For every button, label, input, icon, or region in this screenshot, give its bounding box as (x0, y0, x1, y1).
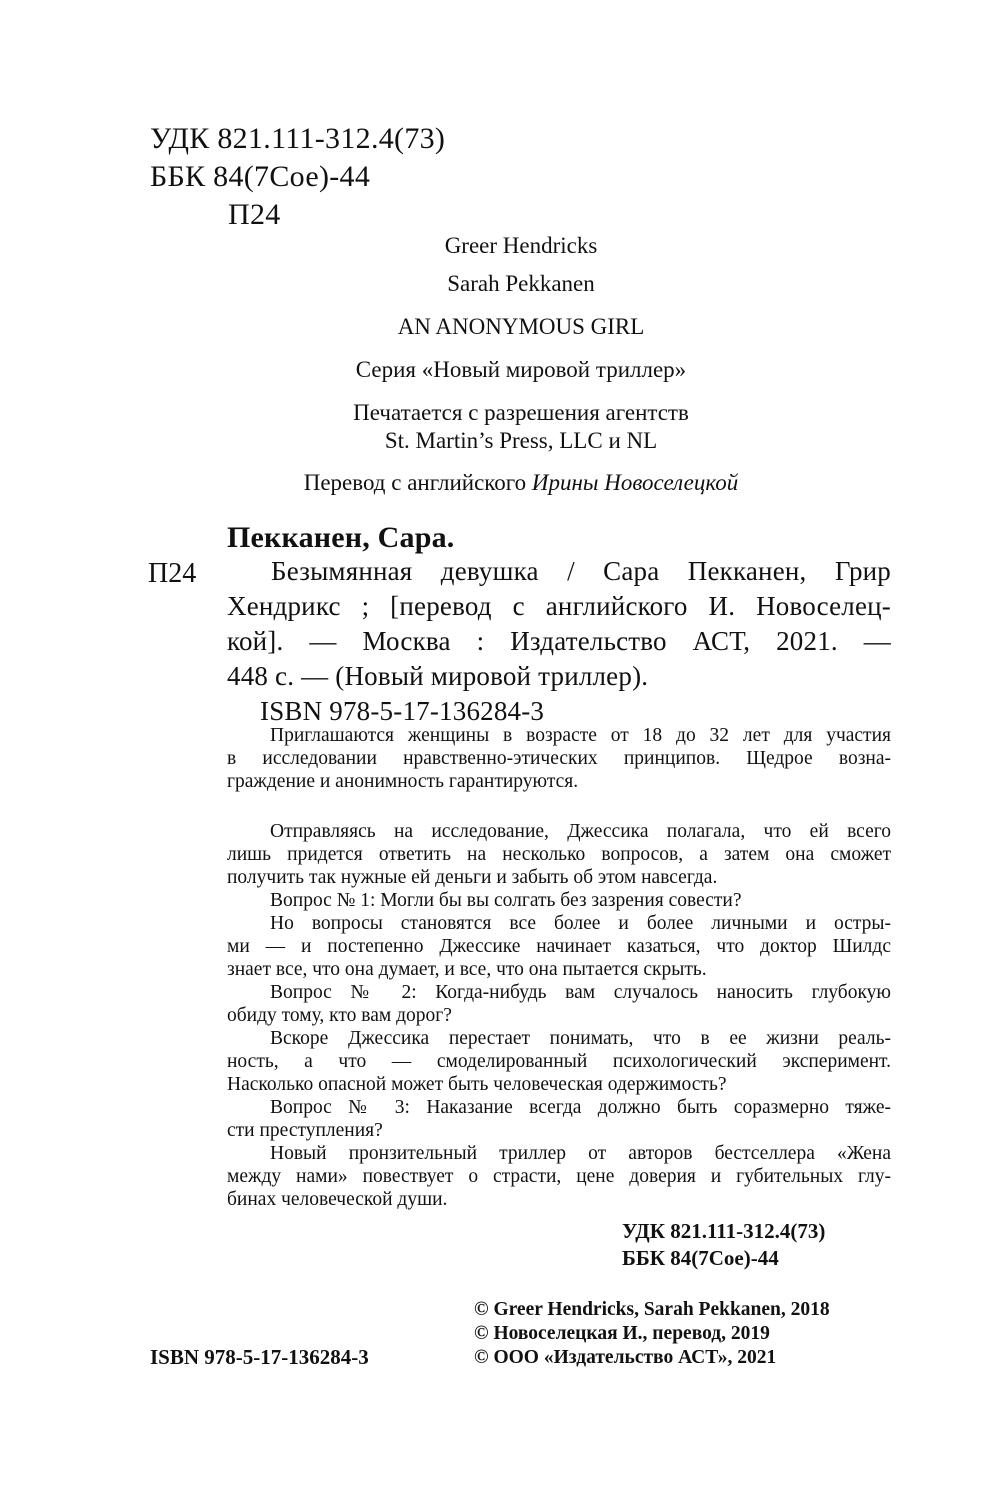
original-title: AN ANONYMOUS GIRL (230, 313, 812, 341)
annotation-line: в исследовании нравственно-этических при… (227, 747, 891, 770)
annotation-line: между нами» повествует о страсти, цене д… (227, 1165, 891, 1188)
annotation-line: Приглашаются женщины в возрасте от 18 до… (227, 724, 891, 747)
bib-line: кой]. — Москва : Издательство АСТ, 2021.… (227, 624, 891, 659)
copyright-2: © Новоселецкая И., перевод, 2019 (474, 1322, 770, 1346)
annotation-line: ность, а что — смоделированный психологи… (227, 1050, 891, 1073)
author-2: Sarah Pekkanen (230, 270, 812, 298)
annotation-line: бинах человеческой души. (227, 1188, 891, 1211)
footer-udk: УДК 821.111-312.4(73) (622, 1218, 825, 1245)
annotation-line: получить так нужные ей деньги и забыть о… (227, 866, 891, 889)
annotation-line: Новый пронзительный триллер от авторов б… (227, 1142, 891, 1165)
translator-name: Ирины Новоселецкой (532, 470, 738, 495)
footer-bbk: ББК 84(7Сое)-44 (622, 1245, 779, 1272)
bib-line: Безымянная девушка / Сара Пекканен, Грир (227, 554, 891, 589)
annotation-line: Насколько опасной может быть человеческа… (227, 1073, 891, 1096)
annotation-line: Вопрос № 2: Когда-нибудь вам случалось н… (227, 981, 891, 1004)
annotation-intro: Приглашаются женщины в возрасте от 18 до… (227, 724, 891, 793)
annotation-line: Вскоре Джессика перестает понимать, что … (227, 1027, 891, 1050)
translation-line: Перевод с английского Ирины Новоселецкой (230, 469, 812, 497)
annotation-line: лишь придется ответить на несколько вопр… (227, 843, 891, 866)
annotation-line: ми — и постепенно Джессике начинает каза… (227, 935, 891, 958)
translation-prefix: Перевод с английского (304, 470, 526, 495)
permission-line-2: St. Martin’s Press, LLC и NL (230, 427, 812, 455)
annotation-line: обиду тому, кто вам дорог? (227, 1004, 891, 1027)
bib-line: 448 с. — (Новый мировой триллер). (227, 659, 891, 694)
annotation-line: знает все, что она думает, и все, что он… (227, 958, 891, 981)
copyright-1: © Greer Hendricks, Sarah Pekkanen, 2018 (474, 1298, 830, 1322)
series: Серия «Новый мировой триллер» (230, 356, 812, 384)
annotation-line: сти преступления? (227, 1119, 891, 1142)
bibliographic-heading: Пекканен, Сара. (227, 520, 891, 555)
bbk-code: ББК 84(7Сое)-44 (150, 158, 370, 196)
bibliographic-description: Безымянная девушка / Сара Пекканен, Грир… (227, 554, 891, 729)
annotation-line: Вопрос № 3: Наказание всегда должно быть… (227, 1096, 891, 1119)
annotation-line: Отправляясь на исследование, Джессика по… (227, 820, 891, 843)
title-block: Greer Hendricks Sarah Pekkanen AN ANONYM… (230, 228, 812, 508)
footer-isbn: ISBN 978-5-17-136284-3 (150, 1345, 369, 1370)
bibliographic-author-mark: П24 (148, 556, 196, 591)
annotation-line: Вопрос № 1: Могли бы вы солгать без зазр… (227, 889, 891, 912)
copyright-3: © ООО «Издательство АСТ», 2021 (474, 1346, 776, 1370)
annotation-line: граждение и анонимность гарантируются. (227, 770, 891, 793)
author-1: Greer Hendricks (230, 232, 812, 260)
annotation-line: Но вопросы становятся все более и более … (227, 912, 891, 935)
udk-code: УДК 821.111-312.4(73) (150, 120, 445, 158)
annotation-body: Отправляясь на исследование, Джессика по… (227, 820, 891, 1211)
bib-line: Хендрикс ; [перевод с английского И. Нов… (227, 589, 891, 624)
permission-line-1: Печатается с разрешения агентств (230, 399, 812, 427)
